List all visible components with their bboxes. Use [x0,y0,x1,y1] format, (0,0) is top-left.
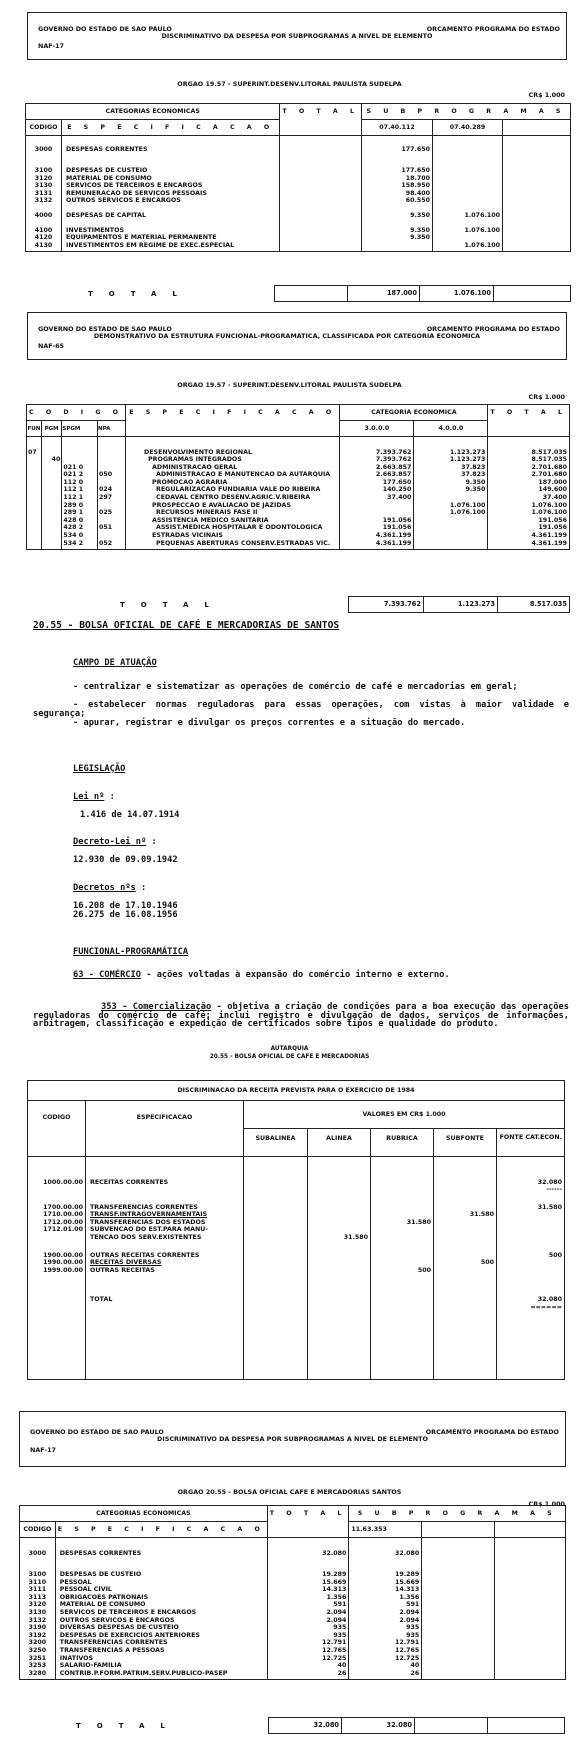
row-subprogram-2 [422,1624,495,1632]
row-fonte: 500 [497,1252,565,1260]
report3-table: CATEGORIAS ECONOMICAS T O T A L S U B P … [19,1505,566,1680]
spacer-row [20,1538,566,1550]
spacer-cell [495,1677,566,1679]
row-fun [27,540,42,548]
spacer-cell [422,1677,495,1679]
spacer-cell [86,1242,244,1252]
row-cat-3: 191.056 [340,517,414,525]
lei-item: 1.416 de 14.07.1914 [80,811,179,820]
spacer-cell [308,1242,371,1252]
report3-title: DISCRIMINATIVO DA DESPESA POR SUBPROGRAM… [20,1435,565,1443]
row-total: 19.289 [267,1571,349,1579]
row-description: DESPESAS DE EXERCICIOS ANTERIORES [55,1632,267,1640]
row-description: DESPESAS DE CUSTEIO [62,167,280,175]
col-spgm: SPGM [62,421,98,437]
decretos-label-text: Decretos nºs [73,883,136,893]
col-total: T O T A L [280,104,362,136]
row-description: TENCAO DOS SERV.EXISTENTES [86,1234,244,1242]
row-npa [97,464,125,472]
row-subfonte: 31.580 [434,1211,497,1219]
spacer-cell [503,153,571,160]
spacer-cell [28,1296,86,1304]
row-subprogram-2 [433,234,503,242]
spacer-cell [434,1186,497,1194]
spacer-cell [97,547,125,549]
row-npa [97,532,125,540]
table-row: 07DESENVOLVIMENTO REGIONAL7.393.7621.123… [27,449,570,457]
row-spgm [62,456,98,464]
spacer-cell [244,1194,308,1204]
row-spgm: 112 1 [62,486,98,494]
row-cat-3: 177.650 [340,479,414,487]
report1-unit: CR$ 1.000 [529,91,566,99]
spacer-row [26,153,571,160]
decreto-lei-label: Decreto-Lei nº : [73,838,157,847]
spacer-cell [280,249,362,251]
row-code: 3120 [26,175,62,183]
row-fun [27,456,42,464]
spacer-cell [26,220,62,227]
spacer-cell [434,1157,497,1179]
report1-orgao: ORGAO 19.57 - SUPERINT.DESENV.LITORAL PA… [0,80,579,88]
spacer-cell [434,1242,497,1252]
subprogram-code-1: 07.40.112 [362,120,433,136]
row-cat-3: 37.400 [340,494,414,502]
row-alinea [308,1252,371,1260]
report2-header: GOVERNO DO ESTADO DE SAO PAULO ORCAMENTO… [27,312,567,360]
row-code: 1710.00.00 [28,1211,86,1219]
row-cat-4 [414,524,488,532]
row-total: 191.056 [488,524,570,532]
row-subalinea [244,1179,308,1187]
table-row: 112 1024REGULARIZACAO FUNDIARIA VALE DO … [27,486,570,494]
table-row: 1710.00.00TRANSF.INTRAGOVERNAMENTAIS31.5… [28,1211,565,1219]
decretos-item-2: 26.275 de 16.08.1956 [73,911,178,920]
table-row: 3111PESSOAL CIVIL14.31314.313 [20,1586,566,1594]
row-subprogram-2 [422,1655,495,1663]
campo-item-1: - centralizar e sistematizar as operaçõe… [33,683,569,692]
row-pgm [41,449,61,457]
spacer-cell [495,1557,566,1564]
receita-table: DISCRIMINACAO DA RECEITA PREVISTA PARA O… [27,1080,565,1380]
row-total: 935 [267,1632,349,1640]
table-row: 3100DESPESAS DE CUSTEIO177.650 [26,167,571,175]
spacer-cell [28,1312,86,1380]
row-description: SERVICOS DE TERCEIROS E ENCARGOS [62,182,280,190]
row-code: 4100 [26,227,62,235]
row-spgm: 021 2 [62,471,98,479]
spacer-cell [497,1157,565,1179]
row-alinea [308,1211,371,1219]
spacer-cell [62,547,98,549]
row-subprogram-3 [495,1579,566,1587]
table-row: 3120MATERIAL DE CONSUMO591591 [20,1601,566,1609]
row-description: SALARIO-FAMILIA [55,1662,267,1670]
row-subprogram-3 [495,1624,566,1632]
report1-total-s2: 1.076.100 [420,286,494,301]
row-subprogram-1: 15.669 [349,1579,422,1587]
table-row: 3253SALARIO-FAMILIA4040 [20,1662,566,1670]
spacer-cell [62,437,98,449]
spacer-cell [280,160,362,167]
row-total [280,190,362,198]
table-row: 3130SERVICOS DE TERCEIROS E ENCARGOS158.… [26,182,571,190]
col-especificacao: E S P E C I F I C A C A O [55,1522,267,1538]
spacer-cell [26,205,62,212]
spacer-cell [488,547,570,549]
row-subprogram-1: 9.350 [362,227,433,235]
row-subprogram-3 [495,1647,566,1655]
row-subprogram-1: 9.350 [362,234,433,242]
spacer-cell [371,1274,434,1296]
row-alinea [308,1219,371,1227]
spacer-row [26,205,571,212]
total-rule: ====== [497,1304,565,1312]
spacer-cell [26,153,62,160]
rule-row: ====== [28,1304,565,1312]
row-subprogram-1: 12.725 [349,1655,422,1663]
spacer-cell [28,1304,86,1312]
report2-orgao: ORGAO 19.57 - SUPERINT.DESENV.LITORAL PA… [0,381,579,389]
row-subprogram-1: 12.765 [349,1647,422,1655]
spacer-cell [422,1538,495,1550]
row-rubrica [371,1226,434,1234]
row-subprogram-1: 935 [349,1632,422,1640]
row-subalinea [244,1252,308,1260]
row-fun [27,479,42,487]
table-row: 3113OBRIGACOES PATRONAIS1.3561.356 [20,1594,566,1602]
row-code: 3100 [20,1571,56,1579]
row-subprogram-2 [433,146,503,154]
row-fun [27,524,42,532]
row-spgm: 428 0 [62,517,98,525]
spacer-cell [267,1557,349,1564]
spacer-cell [349,1564,422,1571]
row-code: 1000.00.00 [28,1179,86,1187]
spacer-cell [497,1274,565,1296]
spacer-cell [244,1304,308,1312]
row-spgm: 534 2 [62,540,98,548]
row-subprogram-1: 12.791 [349,1639,422,1647]
func-63-text: - ações voltadas à expansão do comércio … [141,970,450,980]
table-row: 534 0ESTRADAS VICINAIS4.361.1994.361.199 [27,532,570,540]
table-row: 3132OUTROS SERVICOS E ENCARGOS60.550 [26,197,571,205]
row-total: 149.600 [488,486,570,494]
spacer-cell [55,1677,267,1679]
col-total: T O T A L [267,1506,349,1538]
row-fun [27,494,42,502]
row-subprogram-2 [422,1670,495,1678]
row-cat-4: 1.076.100 [414,509,488,517]
row-npa: 050 [97,471,125,479]
row-subalinea [244,1211,308,1219]
row-pgm [41,509,61,517]
campo-item-2: - estabelecer normas reguladoras para es… [33,701,569,718]
row-code: 3131 [26,190,62,198]
report3-total-s3 [488,1718,564,1733]
row-description: OUTRAS RECEITAS CORRENTES [86,1252,244,1260]
row-subprogram-2 [422,1632,495,1640]
row-code: 3111 [20,1586,56,1594]
table-row: 289 1025RECURSOS MINERAIS FASE II1.076.1… [27,509,570,517]
spacer-cell [422,1557,495,1564]
cat-code-3: 3.0.0.0 [340,421,414,437]
row-code: 3100 [26,167,62,175]
row-code: 3280 [20,1670,56,1678]
report1-title: DISCRIMINATIVO DA DESPESA POR SUBPROGRAM… [28,32,566,40]
row-description: PROMOCAO AGRARIA [126,479,340,487]
row-fonte [497,1219,565,1227]
row-code: 1712.00.00 [28,1219,86,1227]
spacer-cell [434,1274,497,1296]
row-cat-3 [340,509,414,517]
row-fun [27,509,42,517]
spacer-row [28,1242,565,1252]
row-alinea [308,1226,371,1234]
row-cat-4: 1.076.100 [414,502,488,510]
row-code: 1712.01.00 [28,1226,86,1234]
row-code: 3110 [20,1579,56,1587]
row-npa [97,449,125,457]
row-subprogram-2 [422,1639,495,1647]
spacer-cell [495,1564,566,1571]
row-code: 1700.00.00 [28,1204,86,1212]
legislacao-heading: LEGISLAÇÃO [73,765,125,774]
spacer-cell [244,1186,308,1194]
decreto-lei-label-text: Decreto-Lei nº [73,837,146,847]
row-subprogram-2: 1.076.100 [433,212,503,220]
row-cat-3: 7.393.762 [340,449,414,457]
row-rubrica [371,1234,434,1242]
table-row: 1990.00.00RECEITAS DIVERSAS500 [28,1259,565,1267]
row-code: 3132 [20,1617,56,1625]
spacer-cell [28,1274,86,1296]
row-cat-4: 37.823 [414,471,488,479]
row-code: 4120 [26,234,62,242]
table-row: 3000DESPESAS CORRENTES177.650 [26,146,571,154]
row-code: 3000 [20,1550,56,1558]
row-description: ADMINISTRACAO GERAL [126,464,340,472]
total-label: TOTAL [86,1296,244,1304]
spacer-cell [308,1186,371,1194]
subprogram-code-3 [503,120,571,136]
report3-total-label: TOTAL [76,1722,181,1730]
row-cat-4: 9.350 [414,479,488,487]
row-code: 3192 [20,1632,56,1640]
spacer-cell [497,1242,565,1252]
row-subprogram-1: 177.650 [362,146,433,154]
row-subprogram-1: 26 [349,1670,422,1678]
table-row: 1000.00.00RECEITAS CORRENTES32.080 [28,1179,565,1187]
spacer-cell [349,1538,422,1550]
spacer-cell [20,1538,56,1550]
spacer-cell [126,437,340,449]
spacer-row [20,1564,566,1571]
row-subfonte [434,1267,497,1275]
row-description: MATERIAL DE CONSUMO [62,175,280,183]
row-subprogram-1: 40 [349,1662,422,1670]
row-pgm [41,464,61,472]
col-especificacao: ESPECIFICACAO [86,1101,244,1157]
col-codigo: C O D I G O [27,405,126,421]
row-subfonte [434,1219,497,1227]
spacer-cell [27,437,42,449]
row-cat-4: 9.350 [414,486,488,494]
spacer-cell [503,205,571,212]
receita-caption-2: 20.55 - BOLSA OFICIAL DE CAFE E MERCADOR… [0,1054,579,1060]
row-description: RECEITAS CORRENTES [86,1179,244,1187]
spacer-cell [433,136,503,146]
table-row: 3131REMUNERACAO DE SERVICOS PESSOAIS98.4… [26,190,571,198]
row-fun [27,502,42,510]
row-description: PESSOAL CIVIL [55,1586,267,1594]
row-subprogram-2 [422,1609,495,1617]
spacer-cell [280,136,362,146]
row-spgm [62,449,98,457]
row-spgm: 289 1 [62,509,98,517]
row-total: 4.361.199 [488,532,570,540]
col-total: T O T A L [488,405,570,437]
spacer-row [27,547,570,549]
row-code: 3250 [20,1647,56,1655]
row-total: 26 [267,1670,349,1678]
row-total: 8.517.035 [488,456,570,464]
spacer-cell [414,437,488,449]
spacer-cell [267,1564,349,1571]
row-code: 1900.00.00 [28,1252,86,1260]
table-row: 4130INVESTIMENTOS EM REGIME DE EXEC.ESPE… [26,242,571,250]
spacer-cell [433,249,503,251]
row-code: 3253 [20,1662,56,1670]
spacer-cell [28,1242,86,1252]
row-pgm [41,479,61,487]
report1-table: CATEGORIAS ECONOMICAS T O T A L S U B P … [25,103,571,252]
report1-header: GOVERNO DO ESTADO DE SAO PAULO ORCAMENTO… [27,12,567,60]
spacer-cell [308,1304,371,1312]
row-pgm [41,494,61,502]
table-row: 1999.00.00OUTRAS RECEITAS500 [28,1267,565,1275]
spacer-cell [497,1312,565,1380]
report2-title: DEMONSTRATIVO DA ESTRUTURA FUNCIONAL-PRO… [8,332,566,340]
row-code: 3130 [20,1609,56,1617]
row-total [280,242,362,250]
report2-total-c3: 7.393.762 [349,597,424,612]
col-subalinea: SUBALINEA [244,1129,308,1157]
spacer-cell [62,249,280,251]
row-subprogram-2 [433,182,503,190]
report1-total-s1: 187.000 [348,286,420,301]
row-code: 3132 [26,197,62,205]
report3-form-code: NAF-17 [30,1446,56,1454]
col-pgm: PGM [41,421,61,437]
spacer-cell [41,437,61,449]
decreto-lei-item: 12.930 de 09.09.1942 [73,856,178,865]
table-row: 1700.00.00TRANSFERENCIAS CORRENTES31.580 [28,1204,565,1212]
row-description: OUTROS SERVICOS E ENCARGOS [55,1617,267,1625]
row-cat-3: 4.361.199 [340,532,414,540]
report3-orgao: ORGAO 20.55 - BOLSA OFICIAL CAFE E MERCA… [0,1488,579,1496]
table-row: 4000DESPESAS DE CAPITAL9.3501.076.100 [26,212,571,220]
table-row: 40PROGRAMAS INTEGRADOS7.393.7621.123.273… [27,456,570,464]
spacer-cell [308,1312,371,1380]
row-description: DESPESAS DE CUSTEIO [55,1571,267,1579]
col-valores: VALORES EM CR$ 1.000 [244,1101,565,1129]
row-subprogram-1: 2.094 [349,1609,422,1617]
row-total: 1.356 [267,1594,349,1602]
report2-total-total: 8.517.035 [498,597,569,612]
row-cat-3: 191.056 [340,524,414,532]
spacer-cell [62,205,280,212]
spacer-cell [26,160,62,167]
spacer-cell [308,1194,371,1204]
row-subprogram-1: 177.650 [362,167,433,175]
row-npa: 025 [97,509,125,517]
row-subprogram-3 [503,175,571,183]
row-description: OUTRAS RECEITAS [86,1267,244,1275]
spacer-row [26,249,571,251]
row-spgm: 428 2 [62,524,98,532]
spacer-cell [280,205,362,212]
row-subprogram-2 [433,167,503,175]
row-subfonte [434,1179,497,1187]
spacer-cell [340,437,414,449]
row-fun: 07 [27,449,42,457]
report1-total-s3 [494,286,570,301]
spacer-cell [20,1677,56,1679]
spacer-cell [86,1304,244,1312]
row-subprogram-3 [495,1639,566,1647]
row-description: CONTRIB.P.FORM.PATRIM.SERV.PUBLICO-PASEP [55,1670,267,1678]
row-cat-4 [414,517,488,525]
spacer-cell [362,249,433,251]
row-total [280,167,362,175]
subprogram-code-2: 07.40.289 [433,120,503,136]
row-description: RECEITAS DIVERSAS [86,1259,244,1267]
row-subprogram-1: 2.094 [349,1617,422,1625]
row-subprogram-1: 935 [349,1624,422,1632]
row-total [280,182,362,190]
row-code: 4000 [26,212,62,220]
section-title: 20.55 - BOLSA OFICIAL DE CAFÉ E MERCADOR… [33,622,339,631]
row-subprogram-1: 60.550 [362,197,433,205]
row-description: DESPESAS CORRENTES [62,146,280,154]
col-especificacao: E S P E C I F I C A C A O [126,405,340,437]
row-pgm [41,486,61,494]
row-pgm [41,517,61,525]
spacer-row [27,437,570,449]
row-fun [27,532,42,540]
row-alinea: 31.580 [308,1234,371,1242]
row-cat-4: 1.123.273 [414,456,488,464]
row-subalinea [244,1226,308,1234]
row-description: ASSIST.MEDICA HOSPITALAR E ODONTOLOGICA [126,524,340,532]
table-row: 3120MATERIAL DE CONSUMO18.700 [26,175,571,183]
table-row: 3250TRANSFERENCIAS A PESSOAS12.76512.765 [20,1647,566,1655]
row-pgm: 40 [41,456,61,464]
report2-table: C O D I G O E S P E C I F I C A C A O CA… [26,404,570,550]
spacer-cell [55,1538,267,1550]
spacer-cell [362,136,433,146]
row-rubrica [371,1211,434,1219]
spacer-cell [422,1564,495,1571]
spacer-row [20,1557,566,1564]
spacer-row [28,1157,565,1179]
func-63-code: 63 - COMÉRCIO [73,970,141,980]
row-subprogram-2 [422,1617,495,1625]
row-subprogram-1: 19.289 [349,1571,422,1579]
row-subalinea [244,1204,308,1212]
spacer-cell [244,1157,308,1179]
